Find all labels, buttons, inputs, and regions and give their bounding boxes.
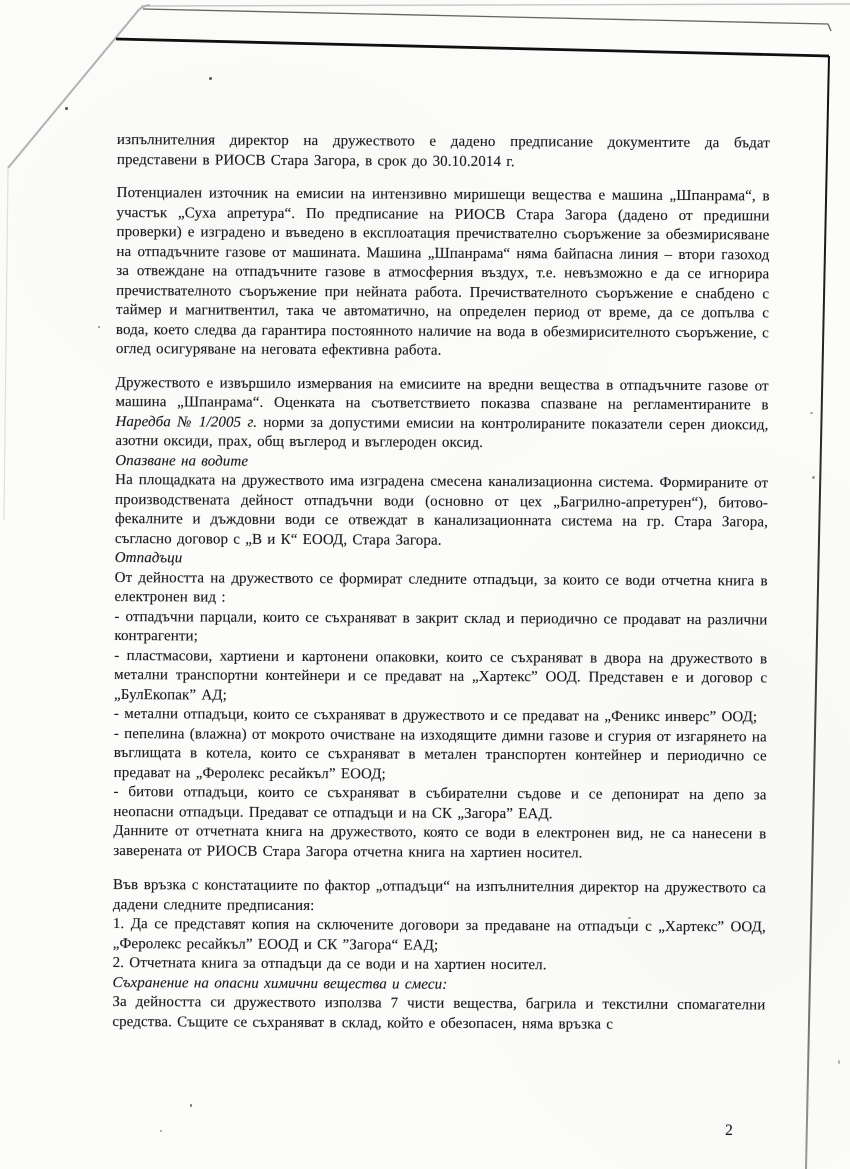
scan-speck: [98, 326, 100, 328]
paragraph-waste-intro: От дейността на дружеството се формират …: [115, 568, 768, 610]
waste-list-item: - пластмасови, хартиени и картонени опак…: [114, 646, 767, 708]
waste-list-item: - пепелина (влажна) от мокрото очистване…: [114, 724, 767, 786]
paragraph-chemicals-storage: За дейността си дружеството използва 7 ч…: [112, 993, 765, 1035]
sheet-edge-top-line: [141, 4, 850, 6]
page-number: 2: [714, 1122, 744, 1140]
copy-border-right-line: [806, 56, 829, 1169]
scan-speck: [65, 107, 68, 110]
scan-speck: [838, 1060, 840, 1064]
regulation-reference: Наредба № 1/2005 г.: [115, 413, 257, 430]
paragraph-predpisanie-deadline: изпълнителния директор на дружеството е …: [117, 131, 770, 173]
prescription-item-1: 1. Да се представят копия на сключените …: [113, 915, 766, 957]
waste-list-item: - битови отпадъци, които се съхраняват в…: [113, 783, 766, 825]
scan-thin-top-line: [143, 9, 831, 31]
paragraph-waste-record-note: Данните от отчетната книга на дружествот…: [113, 822, 766, 864]
scan-speck: [812, 476, 815, 479]
paragraph-prescriptions-intro: Във връзка с констатациите по фактор „от…: [113, 876, 766, 918]
sheet-edge-left-line: [4, 168, 8, 520]
paragraph-emissions-source: Потенциален източник на емисии на интенз…: [116, 184, 770, 363]
waste-list-item: - метални отпадъци, които се съхраняват …: [114, 705, 767, 728]
scan-speck: [810, 412, 813, 414]
prescription-item-2: 2. Отчетната книга за отпадъци да се вод…: [113, 954, 766, 977]
copy-border-top-line: [116, 39, 829, 56]
document-text-block: изпълнителния директор на дружеството е …: [112, 131, 770, 1035]
waste-list-item: - отпадъчни парцали, които се съхраняват…: [114, 607, 767, 649]
paragraph-water-protection: На площадката на дружеството има изграде…: [115, 471, 768, 552]
scanned-document-page: изпълнителния директор на дружеството е …: [0, 0, 850, 1169]
scan-speck: [209, 77, 212, 80]
scan-speck: [190, 1104, 192, 1107]
scan-speck: [160, 1130, 162, 1132]
paragraph-measurements: Дружеството е извършило измервания на ем…: [115, 373, 768, 454]
paragraph-measurements-text: Дружеството е извършило измервания на ем…: [116, 374, 769, 413]
